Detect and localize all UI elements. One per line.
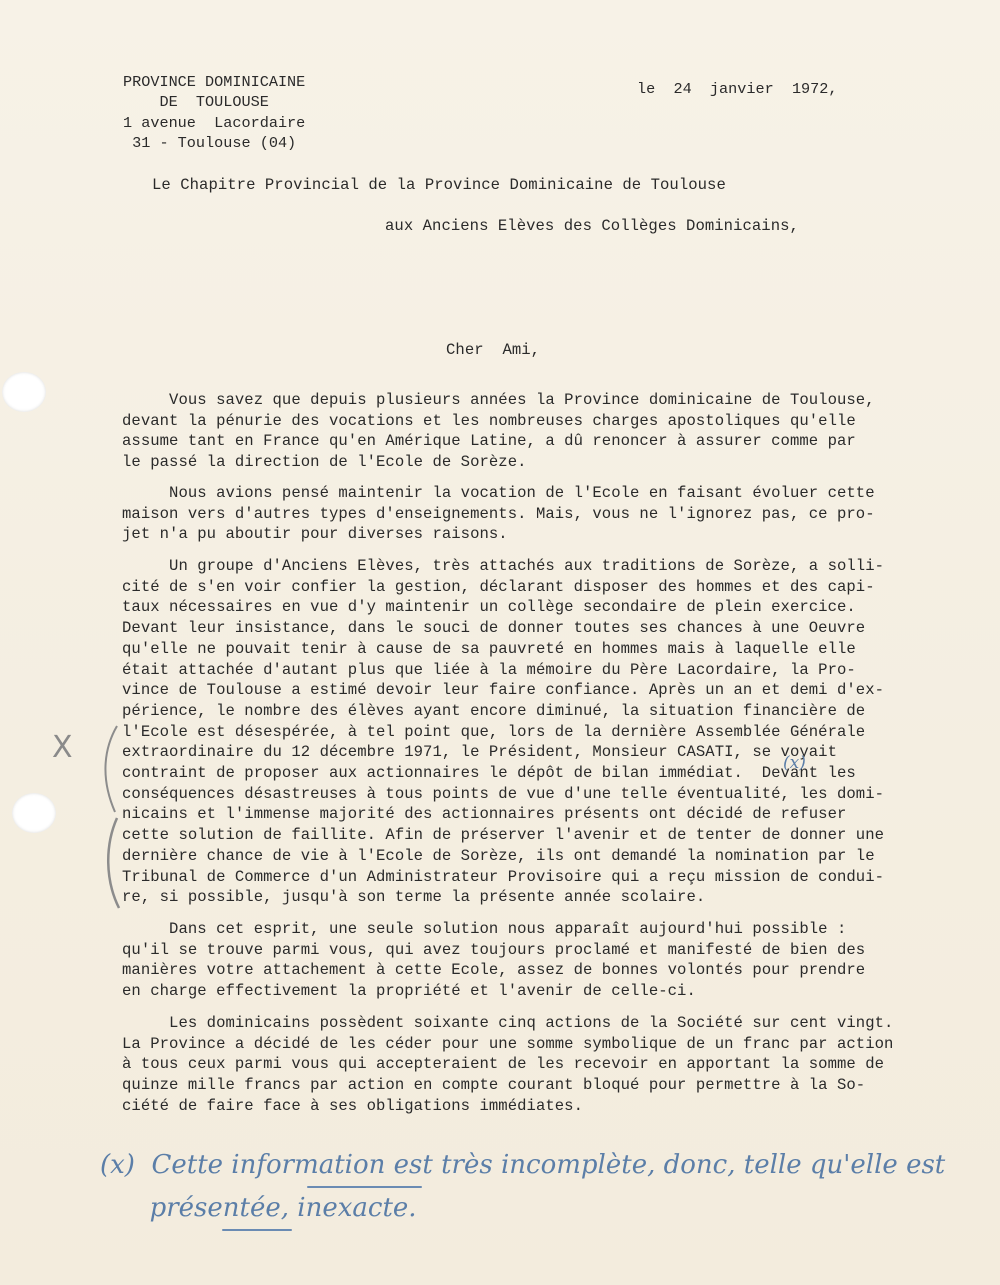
body-line: taux nécessaires en vue d'y maintenir un… — [122, 597, 856, 618]
underline — [307, 1186, 422, 1188]
punch-hole — [2, 372, 46, 412]
inline-footnote-mark: (x) — [783, 753, 806, 773]
body-line: La Province a décidé de les céder pour u… — [122, 1034, 893, 1055]
date: le 24 janvier 1972, — [637, 80, 838, 99]
footnote-line: (x) Cette information est très incomplèt… — [100, 1150, 945, 1180]
salutation: Cher Ami, — [446, 340, 540, 361]
letterhead-line: 1 avenue Lacordaire — [123, 114, 305, 133]
body-line: contraint de proposer aux actionnaires l… — [122, 763, 856, 784]
body-line: quinze mille francs par action en compte… — [122, 1075, 865, 1096]
body-line: Nous avions pensé maintenir la vocation … — [122, 483, 875, 504]
letter-page: PROVINCE DOMINICAINE DE TOULOUSE 1 avenu… — [0, 0, 1000, 1285]
body-line: vince de Toulouse a estimé devoir leur f… — [122, 680, 884, 701]
body-line: Vous savez que depuis plusieurs années l… — [122, 390, 875, 411]
pencil-x-mark: X — [52, 730, 73, 765]
body-line: Les dominicains possèdent soixante cinq … — [122, 1013, 893, 1034]
body-line: à tous ceux parmi vous qui accepteraient… — [122, 1054, 884, 1075]
punch-hole — [12, 793, 56, 833]
body-line: jet n'a pu aboutir pour diverses raisons… — [122, 524, 508, 545]
body-line: cité de s'en voir confier la gestion, dé… — [122, 577, 875, 598]
body-line: en charge effectivement la propriété et … — [122, 981, 696, 1002]
body-line: Tribunal de Commerce d'un Administrateur… — [122, 867, 884, 888]
body-line: qu'il se trouve parmi vous, qui avez tou… — [122, 940, 865, 961]
body-line: extraordinaire du 12 décembre 1971, le P… — [122, 742, 837, 763]
body-line: qu'elle ne pouvait tenir à cause de sa p… — [122, 639, 856, 660]
body-line: maison vers d'autres types d'enseignemen… — [122, 504, 875, 525]
body-line: dernière chance de vie à l'Ecole de Sorè… — [122, 846, 875, 867]
footnote-line: présentée, inexacte. — [100, 1193, 417, 1223]
letterhead-line: 31 - Toulouse (04) — [123, 134, 296, 153]
letterhead-line: DE TOULOUSE — [123, 93, 269, 112]
underline — [222, 1229, 292, 1231]
recipient: aux Anciens Elèves des Collèges Dominica… — [385, 216, 799, 237]
body-line: l'Ecole est désespérée, à tel point que,… — [122, 722, 865, 743]
body-line: Dans cet esprit, une seule solution nous… — [122, 919, 846, 940]
pencil-bracket-icon — [95, 720, 125, 920]
body-line: conséquences désastreuses à tous points … — [122, 784, 884, 805]
body-line: cette solution de faillite. Afin de prés… — [122, 825, 884, 846]
letterhead-line: PROVINCE DOMINICAINE — [123, 73, 305, 92]
body-line: le passé la direction de l'Ecole de Sorè… — [122, 452, 527, 473]
body-line: manières votre attachement à cette Ecole… — [122, 960, 865, 981]
sender: Le Chapitre Provincial de la Province Do… — [152, 175, 726, 196]
body-line: devant la pénurie des vocations et les n… — [122, 411, 856, 432]
body-line: Devant leur insistance, dans le souci de… — [122, 618, 865, 639]
body-line: ciété de faire face à ses obligations im… — [122, 1096, 583, 1117]
body-line: assume tant en France qu'en Amérique Lat… — [122, 431, 856, 452]
body-line: re, si possible, jusqu'à son terme la pr… — [122, 887, 705, 908]
body-line: était attachée d'autant plus que liée à … — [122, 660, 856, 681]
body-line: nicains et l'immense majorité des action… — [122, 804, 846, 825]
body-line: Un groupe d'Anciens Elèves, très attaché… — [122, 556, 884, 577]
body-line: périence, le nombre des élèves ayant enc… — [122, 701, 865, 722]
